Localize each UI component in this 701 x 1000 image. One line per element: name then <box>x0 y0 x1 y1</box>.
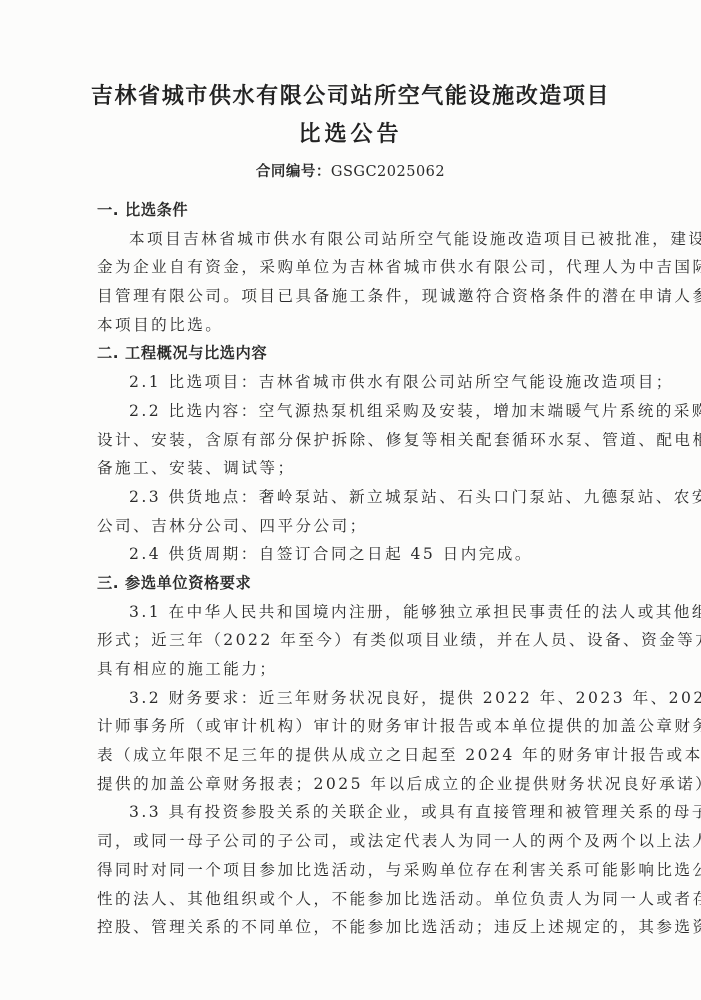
paragraph-line: 得同时对同一个项目参加比选活动，与采购单位存在利害关系可能影响比选公正 <box>97 856 607 885</box>
document-page: 吉林省城市供水有限公司站所空气能设施改造项目 比选公告 合同编号：GSGC202… <box>0 0 701 1000</box>
section-heading-1: 一. 比选条件 <box>97 196 607 225</box>
document-subtitle: 比选公告 <box>0 117 701 148</box>
contract-number-line: 合同编号：GSGC2025062 <box>0 160 701 181</box>
paragraph-line: 3.1 在中华人民共和国境内注册，能够独立承担民事责任的法人或其他组织 <box>97 598 607 627</box>
section-heading-3: 三. 参选单位资格要求 <box>97 569 607 598</box>
paragraph-line: 形式；近三年（2022 年至今）有类似项目业绩，并在人员、设备、资金等方面 <box>97 626 607 655</box>
paragraph-line: 3.2 财务要求：近三年财务状况良好，提供 2022 年、2023 年、2024… <box>97 684 607 713</box>
paragraph-line: 提供的加盖公章财务报表；2025 年以后成立的企业提供财务状况良好承诺）； <box>97 770 607 799</box>
document-title: 吉林省城市供水有限公司站所空气能设施改造项目 <box>0 79 701 110</box>
paragraph-line: 目管理有限公司。项目已具备施工条件，现诚邀符合资格条件的潜在申请人参与 <box>97 282 607 311</box>
contract-number-value: GSGC2025062 <box>331 164 445 180</box>
paragraph-line: 司，或同一母子公司的子公司，或法定代表人为同一人的两个及两个以上法人不 <box>97 827 607 856</box>
paragraph-line: 2.3 供货地点：奢岭泵站、新立城泵站、石头口门泵站、九德泵站、农安分 <box>97 483 607 512</box>
paragraph-line: 3.3 具有投资参股关系的关联企业，或具有直接管理和被管理关系的母子公 <box>97 798 607 827</box>
paragraph-line: 备施工、安装、调试等； <box>97 454 607 483</box>
paragraph-line: 设计、安装，含原有部分保护拆除、修复等相关配套循环水泵、管道、配电柜设 <box>97 426 607 455</box>
paragraph-line: 具有相应的施工能力； <box>97 655 607 684</box>
paragraph-line: 性的法人、其他组织或个人，不能参加比选活动。单位负责人为同一人或者存在 <box>97 885 607 914</box>
document-body: 一. 比选条件 本项目吉林省城市供水有限公司站所空气能设施改造项目已被批准，建设… <box>97 196 607 942</box>
paragraph-line: 控股、管理关系的不同单位，不能参加比选活动；违反上述规定的，其参选资格 <box>97 913 607 942</box>
paragraph-line: 表（成立年限不足三年的提供从成立之日起至 2024 年的财务审计报告或本单位 <box>97 741 607 770</box>
paragraph-line: 2.1 比选项目：吉林省城市供水有限公司站所空气能设施改造项目； <box>97 368 607 397</box>
paragraph-line: 计师事务所（或审计机构）审计的财务审计报告或本单位提供的加盖公章财务报 <box>97 712 607 741</box>
paragraph-line: 本项目吉林省城市供水有限公司站所空气能设施改造项目已被批准，建设资 <box>97 225 607 254</box>
paragraph-line: 2.2 比选内容：空气源热泵机组采购及安装，增加末端暖气片系统的采购、 <box>97 397 607 426</box>
contract-number-label: 合同编号： <box>256 163 331 180</box>
paragraph-line: 公司、吉林分公司、四平分公司； <box>97 512 607 541</box>
paragraph-line: 金为企业自有资金，采购单位为吉林省城市供水有限公司，代理人为中吉国际项 <box>97 253 607 282</box>
section-heading-2: 二. 工程概况与比选内容 <box>97 339 607 368</box>
paragraph-line: 本项目的比选。 <box>97 311 607 340</box>
paragraph-line: 2.4 供货周期：自签订合同之日起 45 日内完成。 <box>97 540 607 569</box>
